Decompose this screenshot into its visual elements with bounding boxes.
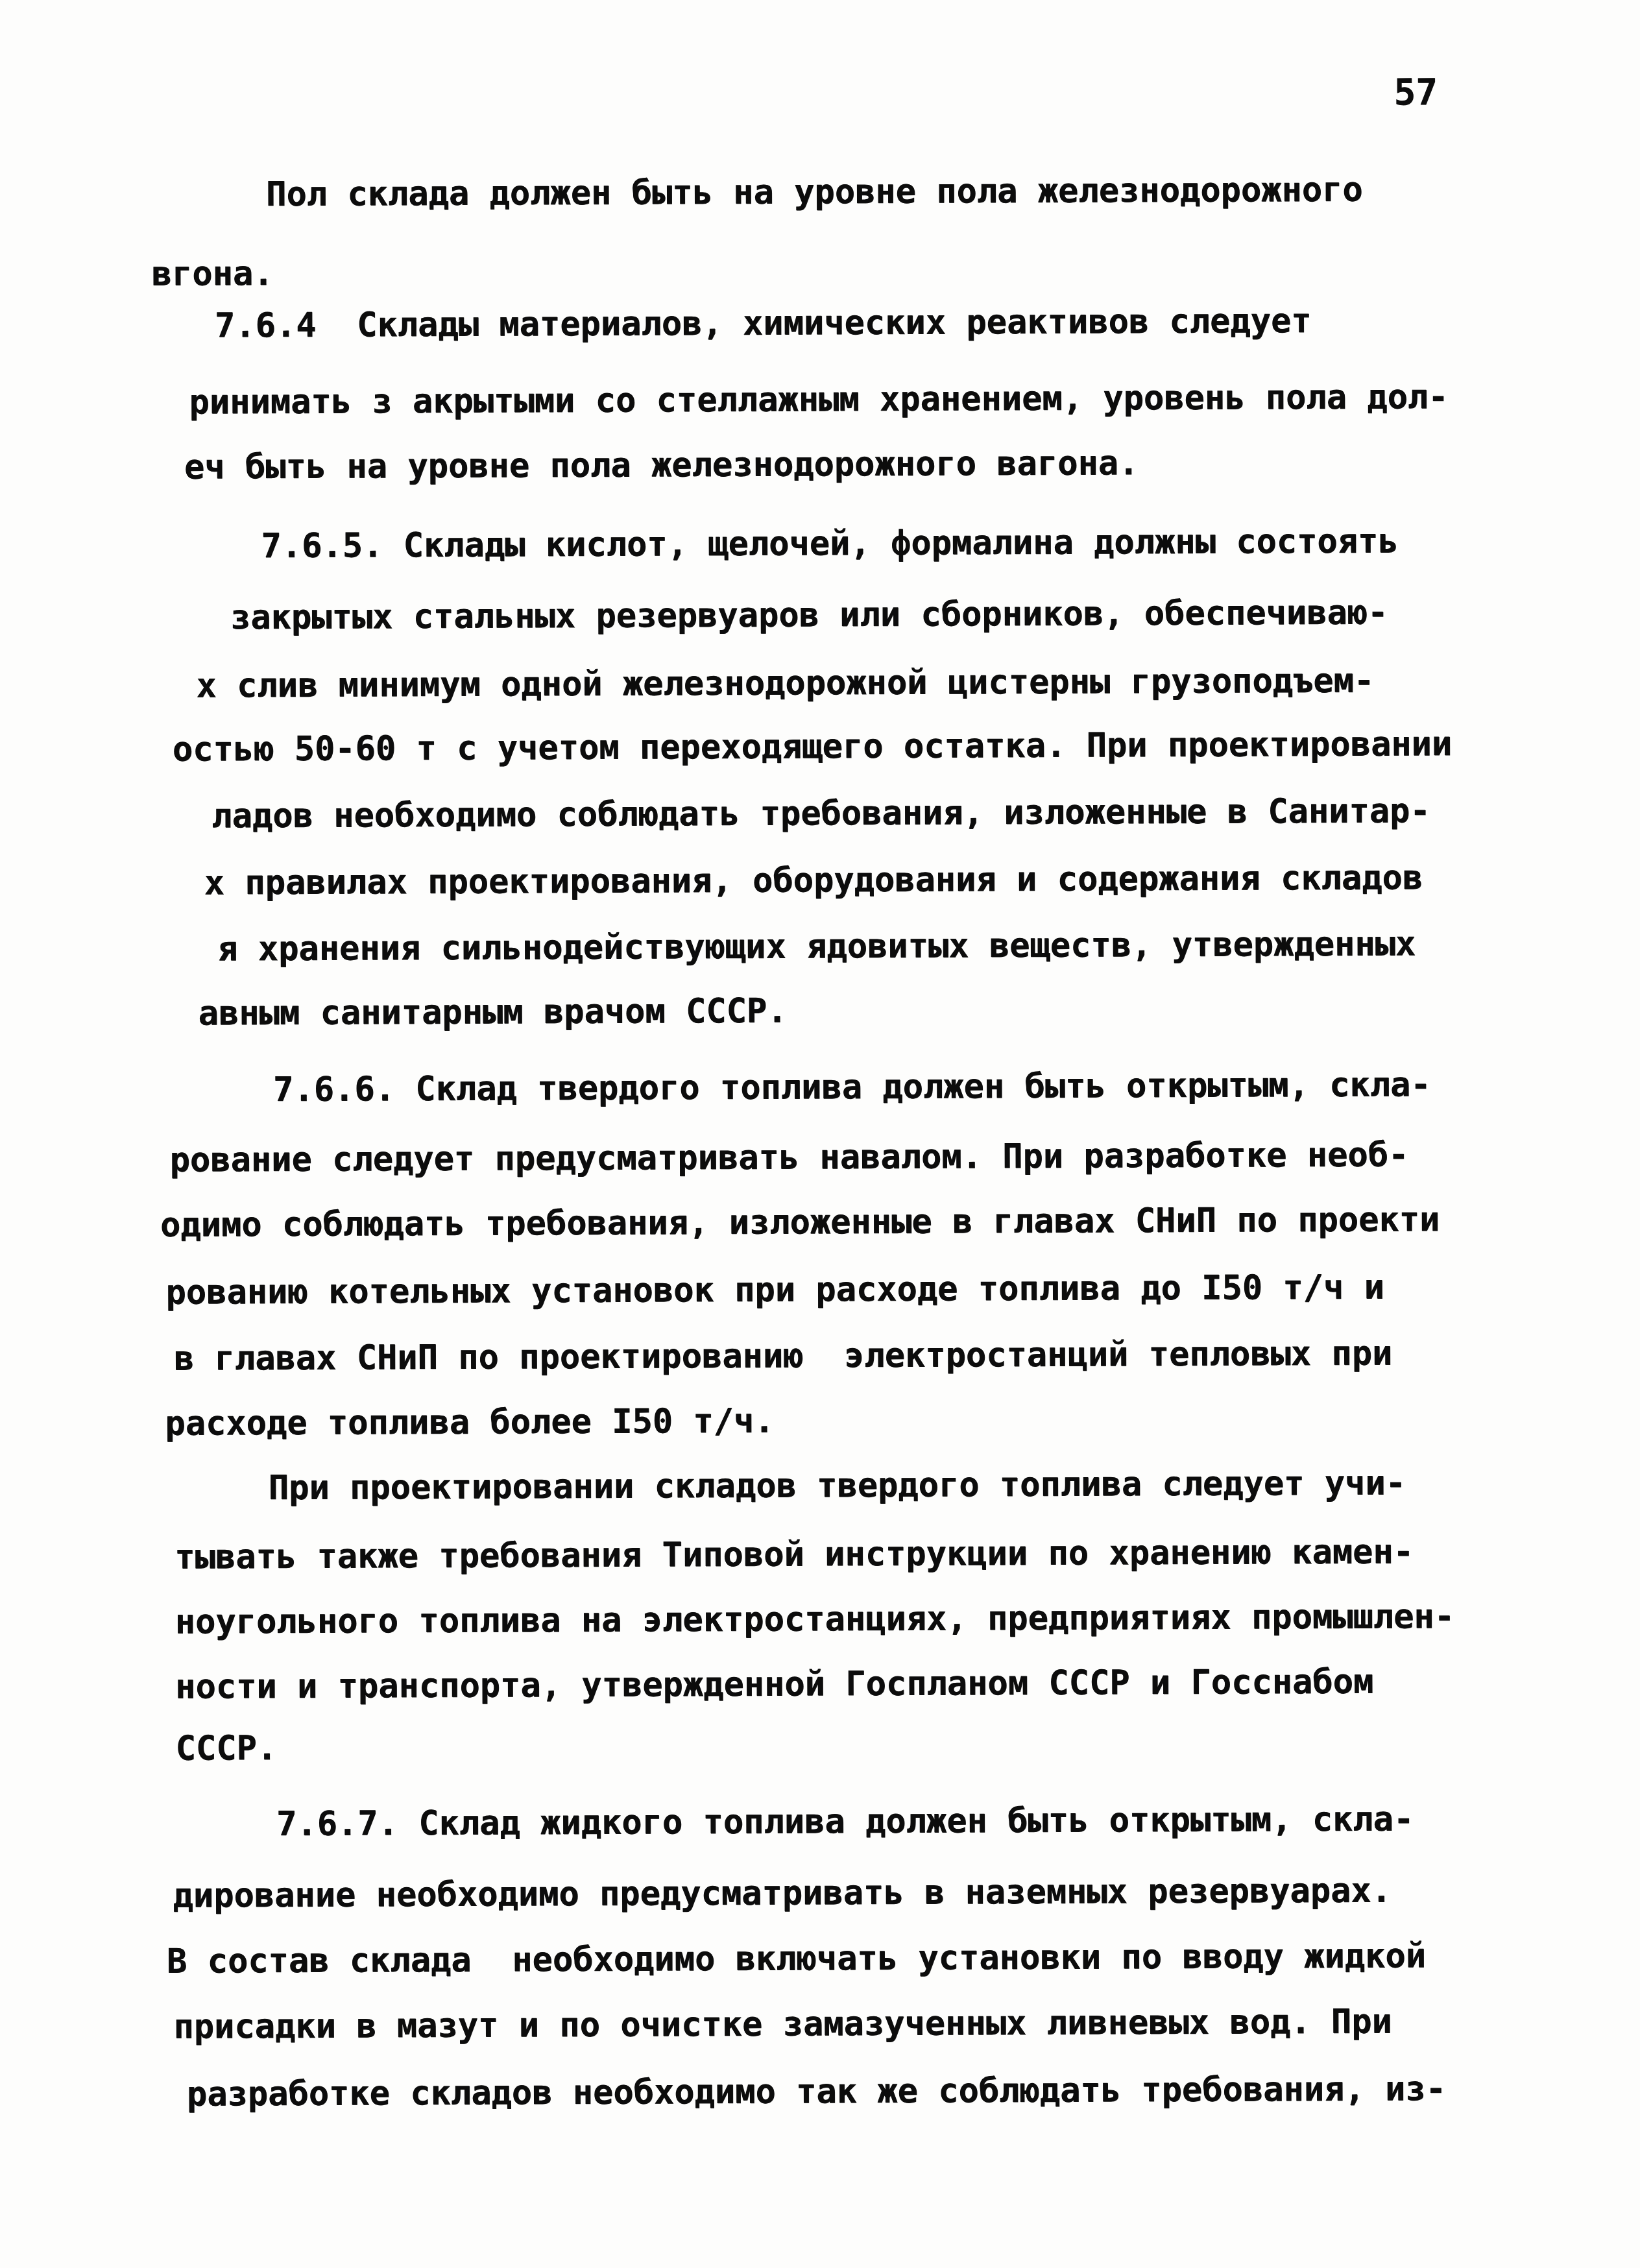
text-line: закрытых стальных резервуаров или сборни…: [230, 593, 1388, 637]
text-line: дирование необходимо предусматривать в н…: [173, 1871, 1392, 1915]
text-line: разработке складов необходимо так же соб…: [187, 2069, 1446, 2114]
text-line: ности и транспорта, утвержденной Госплан…: [175, 1663, 1373, 1707]
text-line: я хранения сильнодействующих ядовитых ве…: [217, 924, 1416, 969]
text-line: При проектировании складов твердого топл…: [269, 1464, 1406, 1508]
page-number: 57: [1393, 71, 1438, 114]
text-line: вгона.: [151, 254, 273, 294]
text-line: присадки в мазут и по очистке замазученн…: [173, 2002, 1392, 2046]
scanned-text-block: 57 Пол склада должен быть на уровне пола…: [0, 0, 1640, 2268]
text-line: В состав склада необходимо включать уста…: [167, 1936, 1426, 1981]
text-line: СССР.: [175, 1729, 277, 1768]
document-page: 57 Пол склада должен быть на уровне пола…: [0, 0, 1640, 2268]
text-line: одимо соблюдать требования, изложенные в…: [160, 1200, 1440, 1245]
text-line: еч быть на уровне пола железнодорожного …: [184, 444, 1139, 487]
text-line: ринимать з акрытыми со стеллажным хранен…: [189, 378, 1448, 422]
text-line: расходе топлива более I50 т/ч.: [165, 1402, 774, 1443]
section-heading-7-6-6: 7.6.6. Склад твердого топлива должен быт…: [273, 1065, 1431, 1109]
text-line: х слив минимум одной железнодорожной цис…: [196, 662, 1374, 706]
section-heading-7-6-7: 7.6.7. Склад жидкого топлива должен быть…: [276, 1800, 1414, 1844]
section-heading-7-6-5: 7.6.5. Склады кислот, щелочей, формалина…: [261, 522, 1398, 566]
section-heading-7-6-4: 7.6.4 Склады материалов, химических реак…: [215, 302, 1312, 345]
text-line: рованию котельных установок при расходе …: [165, 1268, 1384, 1312]
text-line: Пол склада должен быть на уровне пола же…: [266, 171, 1363, 214]
text-line: ноугольного топлива на электростанциях, …: [175, 1597, 1454, 1642]
text-line: авным санитарным врачом СССР.: [198, 991, 787, 1033]
text-line: тывать также требования Типовой инструкц…: [175, 1532, 1414, 1576]
text-line: остью 50-60 т с учетом переходящего оста…: [173, 725, 1453, 769]
text-line: ладов необходимо соблюдать требования, и…: [211, 791, 1430, 836]
text-line: в главах СНиП по проектированию электрос…: [174, 1334, 1393, 1378]
text-line: х правилах проектирования, оборудования …: [204, 858, 1423, 902]
text-line: рование следует предусматривать навалом.…: [169, 1135, 1408, 1179]
